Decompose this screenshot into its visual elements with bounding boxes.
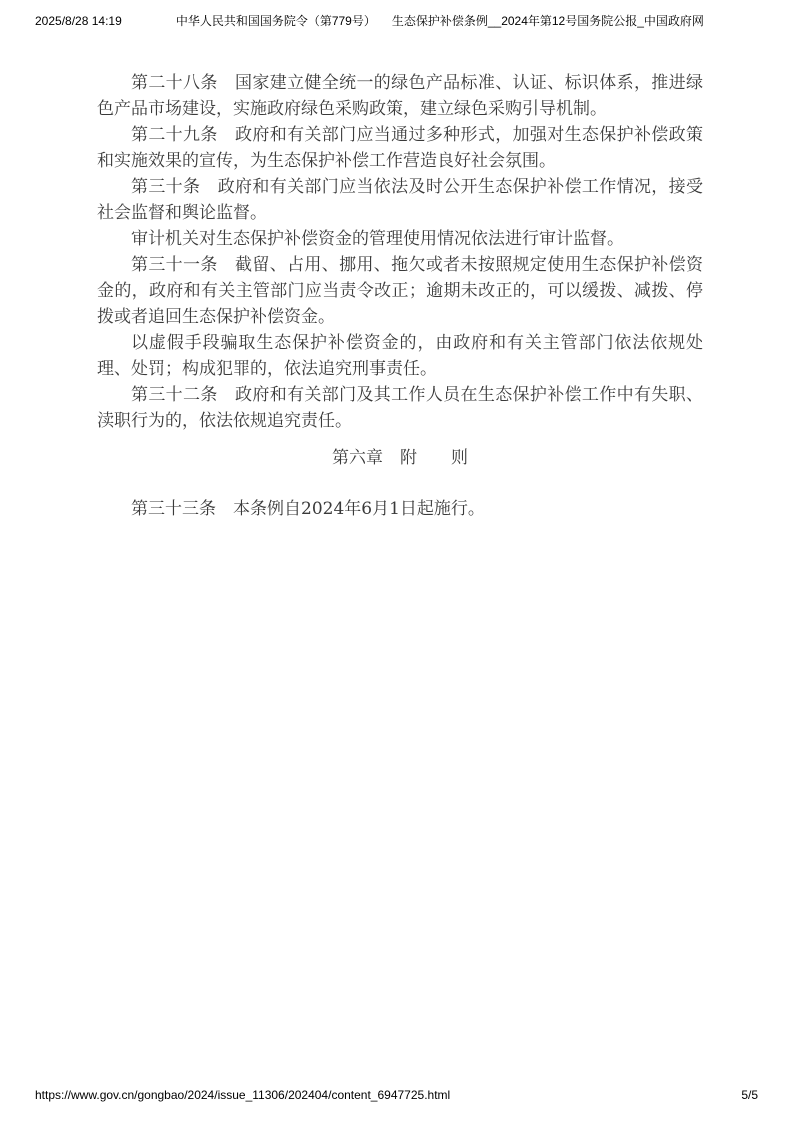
article-paragraph-33: 第三十三条 本条例自2024年6月1日起施行。 [97,496,703,522]
document-title: 中华人民共和国国务院令（第779号） 生态保护补偿条例__2024年第12号国务… [122,14,758,28]
article-paragraph-30-audit: 审计机关对生态保护补偿资金的管理使用情况依法进行审计监督。 [97,226,703,252]
article-paragraph-32: 第三十二条 政府和有关部门及其工作人员在生态保护补偿工作中有失职、渎职行为的，依… [97,382,703,434]
article-paragraph-31: 第三十一条 截留、占用、挪用、拖欠或者未按照规定使用生态保护补偿资金的，政府和有… [97,252,703,330]
article-paragraph-31-fraud: 以虚假手段骗取生态保护补偿资金的，由政府和有关主管部门依法依规处理、处罚；构成犯… [97,330,703,382]
document-title-page: 生态保护补偿条例__2024年第12号国务院公报_中国政府网 [392,14,704,28]
article-paragraph-30: 第三十条 政府和有关部门应当依法及时公开生态保护补偿工作情况，接受社会监督和舆论… [97,174,703,226]
print-datetime: 2025/8/28 14:19 [35,14,122,28]
document-content: 第二十八条 国家建立健全统一的绿色产品标准、认证、标识体系，推进绿色产品市场建设… [97,70,703,522]
chapter-heading: 第六章 附 则 [97,445,703,471]
article-paragraph-28: 第二十八条 国家建立健全统一的绿色产品标准、认证、标识体系，推进绿色产品市场建设… [97,70,703,122]
print-footer: https://www.gov.cn/gongbao/2024/issue_11… [35,1088,758,1102]
article-paragraph-29: 第二十九条 政府和有关部门应当通过多种形式，加强对生态保护补偿政策和实施效果的宣… [97,122,703,174]
document-title-decree: 中华人民共和国国务院令（第779号） [176,14,376,28]
page-number: 5/5 [741,1088,758,1102]
print-header: 2025/8/28 14:19 中华人民共和国国务院令（第779号） 生态保护补… [35,14,758,28]
source-url: https://www.gov.cn/gongbao/2024/issue_11… [35,1088,450,1102]
